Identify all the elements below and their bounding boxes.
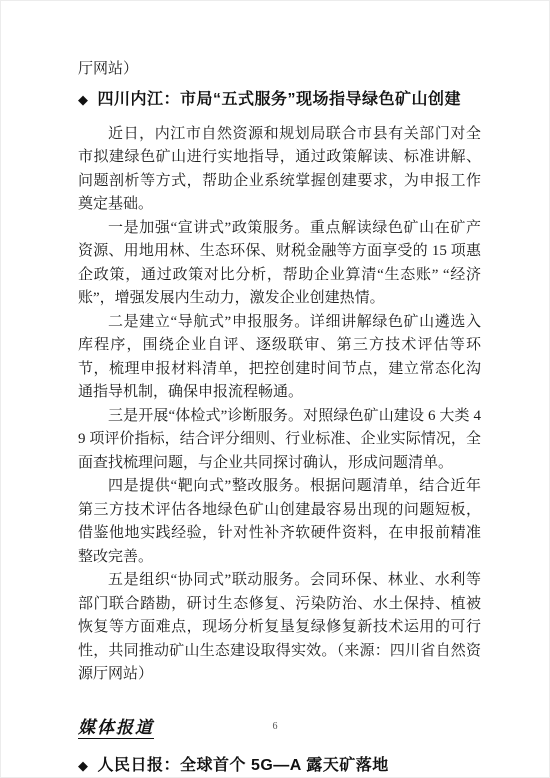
page-content: 厅网站） ◆ 四川内江：市局“五式服务”现场指导绿色矿山创建 近日，内江市自然资… [78, 0, 481, 778]
diamond-bullet-icon: ◆ [78, 753, 89, 778]
article-title-neijiang: ◆ 四川内江：市局“五式服务”现场指导绿色矿山创建 [78, 87, 481, 112]
article-body: 近日，内江市自然资源和规划局联合市县有关部门对全市拟建绿色矿山进行实地指导，通过… [78, 123, 481, 687]
body-paragraph: 一是加强“宣讲式”政策服务。重点解读绿色矿山在矿产资源、用地用林、生态环保、财税… [78, 217, 481, 311]
page-number: 6 [0, 721, 550, 733]
article-title-text: 四川内江：市局“五式服务”现场指导绿色矿山创建 [98, 87, 462, 112]
body-paragraph: 三是开展“体检式”诊断服务。对照绿色矿山建设 6 大类 49 项评价指标，结合评… [78, 405, 481, 476]
body-paragraph: 四是提供“靶向式”整改服务。根据问题清单，结合近年第三方技术评估各地绿色矿山创建… [78, 475, 481, 569]
body-paragraph: 五是组织“协同式”联动服务。会同环保、林业、水利等部门联合踏勘，研讨生态修复、污… [78, 569, 481, 687]
continuation-text: 厅网站） [78, 58, 481, 82]
body-paragraph: 近日，内江市自然资源和规划局联合市县有关部门对全市拟建绿色矿山进行实地指导，通过… [78, 123, 481, 217]
diamond-bullet-icon: ◆ [78, 87, 89, 112]
document-page: 厅网站） ◆ 四川内江：市局“五式服务”现场指导绿色矿山创建 近日，内江市自然资… [0, 0, 550, 778]
body-paragraph: 二是建立“导航式”申报服务。详细讲解绿色矿山遴选入库程序，围绕企业自评、逐级联审… [78, 311, 481, 405]
article-title-text: 人民日报：全球首个 5G—A 露天矿落地 [98, 753, 389, 778]
article-title-peoples-daily: ◆ 人民日报：全球首个 5G—A 露天矿落地 [78, 753, 481, 778]
